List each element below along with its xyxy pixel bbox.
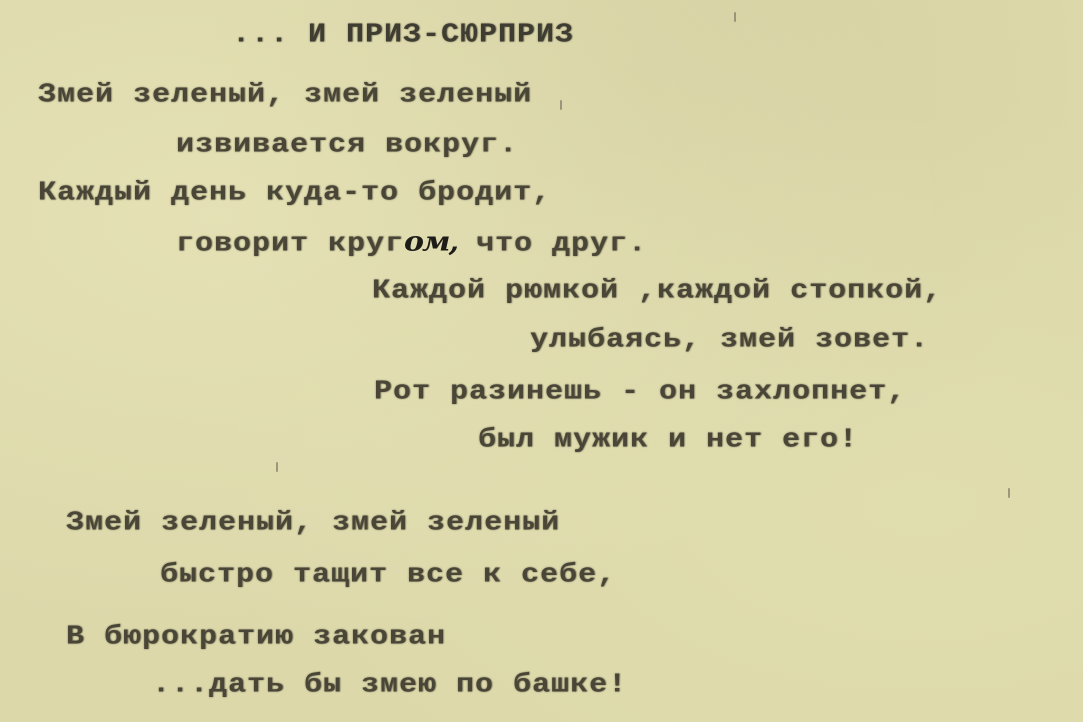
poem-line-3: Каждый день куда-то бродит,	[38, 178, 551, 209]
poem-line-5: Каждой рюмкой ,каждой стопкой,	[372, 276, 942, 307]
scanned-page: ... И ПРИЗ-СЮРПРИЗ Змей зеленый, змей зе…	[0, 0, 1083, 722]
handwritten-correction: ом,	[404, 226, 457, 258]
poem-line-8: был мужик и нет его!	[478, 425, 858, 456]
paper-speck	[1008, 488, 1010, 498]
poem-line-10: быстро тащит все к себе,	[160, 560, 616, 591]
poem-line-9: Змей зеленый, змей зеленый	[66, 508, 560, 539]
poem-line-12: ...дать бы змею по башке!	[152, 670, 627, 701]
poem-line-4-typed: говорит круг	[176, 229, 404, 260]
poem-line-1: Змей зеленый, змей зеленый	[38, 80, 532, 111]
poem-line-7: Рот разинешь - он захлопнет,	[374, 377, 906, 408]
poem-title: ... И ПРИЗ-СЮРПРИЗ	[232, 20, 574, 51]
poem-line-4-typed-end: что друг.	[457, 229, 647, 260]
poem-line-4: говорит кругом, что друг.	[176, 226, 647, 259]
poem-line-2: извивается вокруг.	[176, 130, 518, 161]
paper-speck	[734, 12, 736, 22]
poem-line-6: улыбаясь, змей зовет.	[530, 325, 929, 356]
paper-speck	[560, 100, 562, 110]
paper-speck	[276, 462, 278, 472]
poem-line-11: В бюрократию закован	[66, 622, 446, 653]
